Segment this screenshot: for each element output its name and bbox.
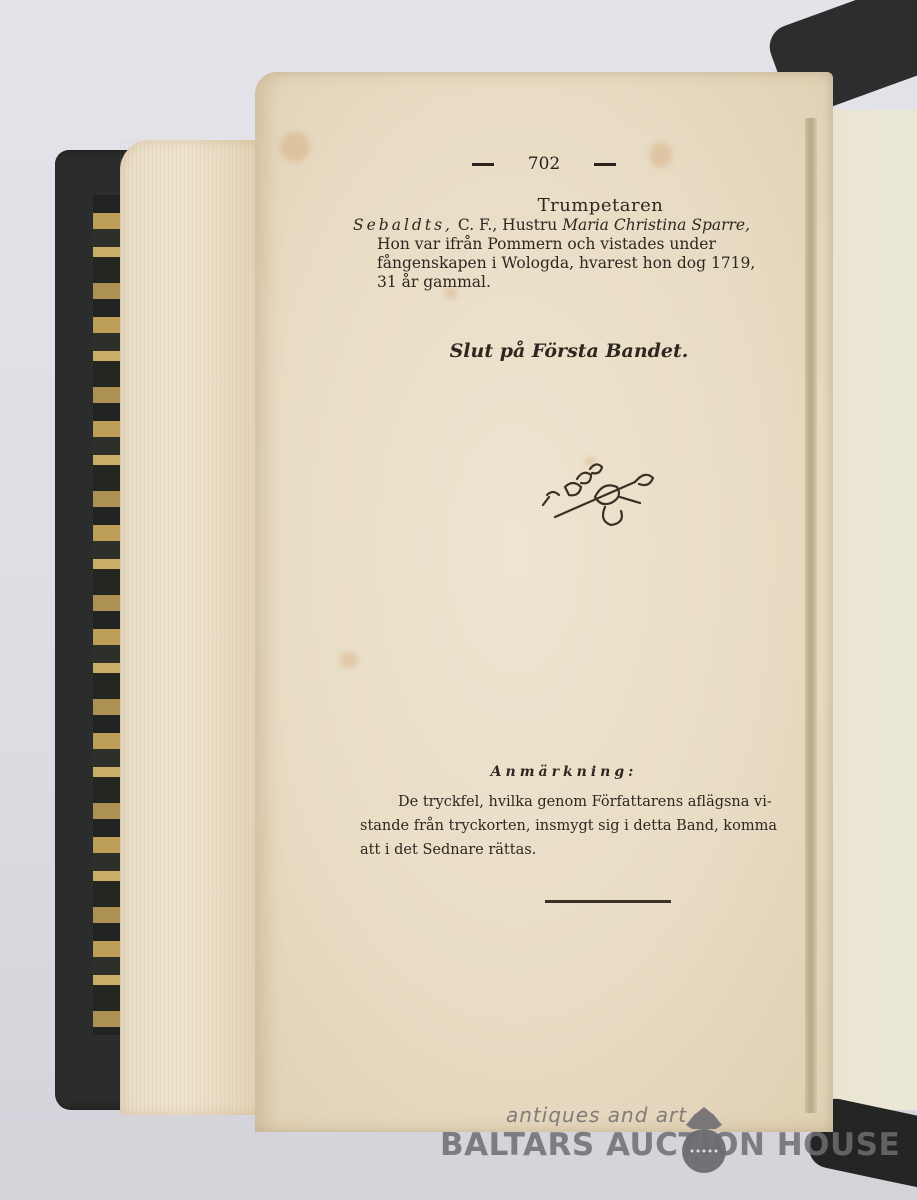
entry-line-3: fångenskapen i Wologda, hvarest hon dog … — [363, 254, 818, 273]
page-number: 702 — [528, 154, 560, 174]
note-line-3: att i det Sednare rättas. — [360, 838, 810, 862]
end-rule — [545, 900, 671, 903]
crown-emblem-icon — [676, 1107, 732, 1175]
note-title: Anmärkning: — [255, 764, 833, 780]
section-title: Trumpetaren — [383, 195, 818, 216]
entry-line-4: 31 år gammal. — [363, 273, 818, 292]
running-head: 702 — [255, 154, 833, 174]
marbled-endpaper-edge — [93, 195, 123, 1035]
head-dash-right — [594, 163, 616, 166]
watermark-name: BALTARS AUCTION HOUSE — [440, 1127, 900, 1163]
note-line-1: De tryckfel, hvilka genom Författarens a… — [360, 790, 810, 814]
gutter-shadow — [805, 118, 817, 1113]
book-photo: 702 Trumpetaren Sebaldts, C. F., Hustru … — [0, 0, 917, 1200]
entry-name: Sebaldts, — [353, 216, 453, 234]
printed-page: 702 Trumpetaren Sebaldts, C. F., Hustru … — [255, 72, 833, 1132]
entry-line-1: Sebaldts, C. F., Hustru Maria Christina … — [353, 216, 818, 235]
watermark: antiques and art BALTARS AUCTION HOUSE — [440, 1103, 840, 1173]
head-dash-left — [472, 163, 494, 166]
watermark-tagline: antiques and art — [506, 1103, 687, 1127]
note-body: De tryckfel, hvilka genom Författarens a… — [360, 790, 810, 862]
fleuron-ornament-icon — [535, 457, 660, 537]
closing-line: Slut på Första Bandet. — [255, 340, 833, 362]
note-line-2: stande från tryckorten, insmygt sig i de… — [360, 814, 810, 838]
entry-line-2: Hon var ifrån Pommern och vistades under — [363, 235, 818, 254]
register-entry: Trumpetaren Sebaldts, C. F., Hustru Mari… — [363, 195, 818, 292]
